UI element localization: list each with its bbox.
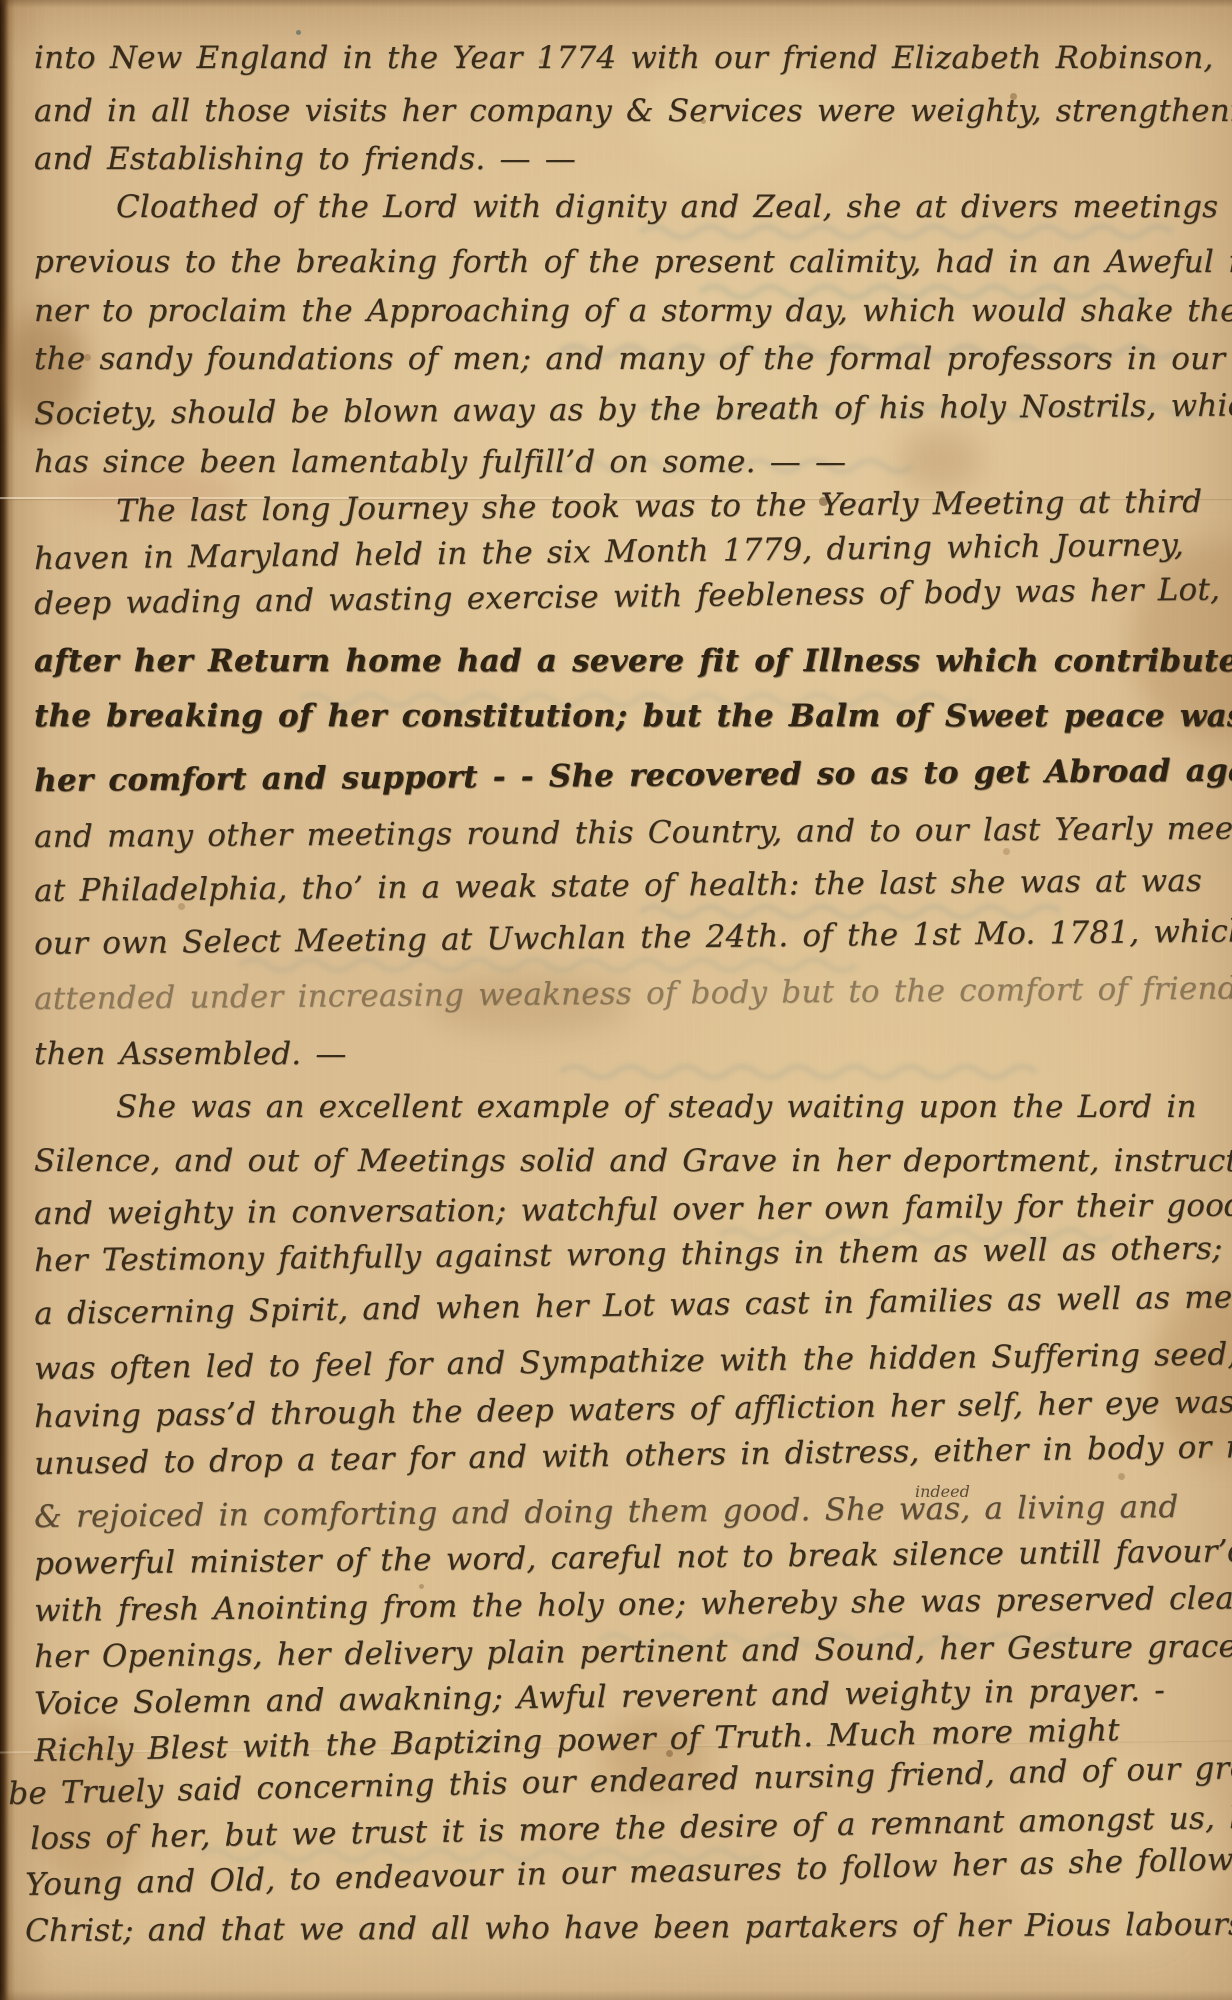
manuscript-line: attended under increasing weakness of bo… — [34, 973, 1232, 1015]
manuscript-line: our own Select Meeting at Uwchlan the 24… — [34, 916, 1232, 960]
manuscript-line: and Establishing to friends. — — — [34, 144, 576, 175]
manuscript-page: into New England in the Year 1774 with o… — [0, 0, 1232, 2000]
manuscript-line: and weighty in conversation; watchful ov… — [34, 1190, 1232, 1230]
manuscript-line: and many other meetings round this Count… — [34, 813, 1232, 853]
interlinear-insertion: indeed — [915, 1482, 970, 1501]
manuscript-line: unused to drop a tear for and with other… — [34, 1431, 1232, 1480]
page-edge-shadow-left — [0, 0, 15, 2000]
manuscript-line: The last long Journey she took was to th… — [34, 487, 1202, 528]
manuscript-line: with fresh Anointing from the holy one; … — [34, 1583, 1232, 1627]
manuscript-line: haven in Maryland held in the six Month … — [34, 530, 1184, 575]
page-edge-shadow-top — [0, 0, 1232, 8]
manuscript-line: Voice Solemn and awakning; Awful reveren… — [34, 1675, 1165, 1720]
manuscript-line: deep wading and wasting exercise with fe… — [34, 573, 1232, 620]
manuscript-line: Silence, and out of Meetings solid and G… — [34, 1146, 1232, 1177]
manuscript-line: has since been lamentably fulfill’d on s… — [34, 447, 846, 478]
manuscript-line: previous to the breaking forth of the pr… — [34, 247, 1232, 278]
manuscript-line: was often led to feel for and Sympathize… — [34, 1338, 1232, 1385]
manuscript-line: Society, should be blown away as by the … — [34, 390, 1232, 430]
manuscript-line: after her Return home had a severe fit o… — [34, 646, 1232, 677]
manuscript-line: a discerning Spirit, and when her Lot wa… — [34, 1281, 1232, 1330]
stain — [900, 430, 980, 490]
manuscript-line: into New England in the Year 1774 with o… — [34, 43, 1214, 74]
manuscript-line: ner to proclaim the Approaching of a sto… — [34, 296, 1232, 327]
page-edge-shadow-bottom — [0, 1990, 1232, 2000]
manuscript-line: her comfort and support - - She recovere… — [34, 753, 1232, 797]
manuscript-line: She was an excellent example of steady w… — [34, 1092, 1197, 1123]
manuscript-line: the sandy foundations of men; and many o… — [34, 344, 1225, 375]
manuscript-line: then Assembled. — — [34, 1039, 347, 1070]
manuscript-line: powerful minister of the word, careful n… — [34, 1536, 1232, 1580]
manuscript-line: the breaking of her constitution; but th… — [34, 701, 1232, 732]
manuscript-line: and in all those visits her company & Se… — [34, 96, 1232, 127]
manuscript-line: at Philadelphia, tho’ in a weak state of… — [34, 866, 1202, 907]
manuscript-line: Cloathed of the Lord with dignity and Ze… — [34, 192, 1218, 223]
manuscript-line: having pass’d through the deep waters of… — [34, 1387, 1232, 1433]
manuscript-line: her Testimony faithfully against wrong t… — [34, 1233, 1232, 1277]
manuscript-line: & rejoiced in comforting and doing them … — [34, 1492, 1179, 1533]
manuscript-line: her Openings, her delivery plain pertine… — [34, 1630, 1232, 1673]
manuscript-line: Christ; and that we and all who have bee… — [25, 1909, 1232, 1947]
